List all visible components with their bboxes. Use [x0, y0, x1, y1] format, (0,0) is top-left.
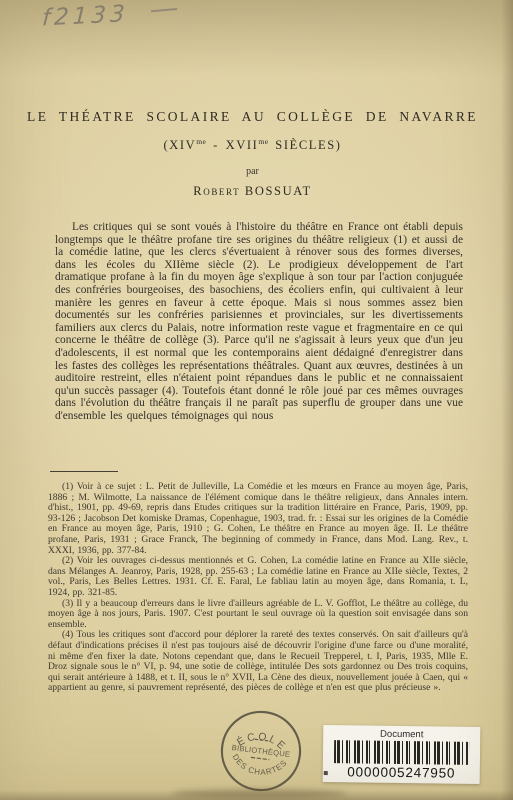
- footnote-1: (1) Voir à ce sujet : L. Petit de Jullev…: [48, 482, 468, 556]
- footnote-4: (4) Tous les critiques sont d'accord pou…: [48, 630, 468, 694]
- footnote-2: (2) Voir les ouvrages ci-dessus mentionn…: [48, 556, 468, 598]
- byline-prefix: par: [0, 166, 505, 177]
- article-title: LE THÉATRE SCOLAIRE AU COLLÈGE DE NAVARR…: [0, 109, 505, 125]
- scanned-page: f2133 LE THÉATRE SCOLAIRE AU COLLÈGE DE …: [0, 0, 513, 800]
- subtitle-sup2: me: [258, 137, 268, 146]
- stamp-dash-bottom: [251, 757, 269, 759]
- subtitle-post: SIÈCLES): [269, 138, 342, 152]
- label-corner-mark: [324, 771, 328, 775]
- subtitle-mid: - XVII: [206, 138, 258, 152]
- shelfmark-text: f2133: [41, 1, 129, 32]
- barcode-number: 0000005247950: [323, 764, 480, 781]
- barcode-label: Document 0000005247950: [323, 725, 481, 784]
- subtitle-pre: (XIV: [163, 138, 196, 152]
- footnotes-block: (1) Voir à ce sujet : L. Petit de Jullev…: [48, 482, 468, 694]
- library-stamp-icon: ÉCOLE BIBLIOTHÈQUE DES CHARTES: [214, 704, 308, 798]
- barcode-caption: Document: [323, 728, 480, 741]
- subtitle-sup1: me: [196, 137, 206, 146]
- article-subtitle: (XIVme - XVIIme SIÈCLES): [0, 137, 505, 153]
- body-paragraph: Les critiques qui se sont voués à l'hist…: [55, 221, 463, 423]
- handwritten-shelfmark: f2133: [41, 0, 177, 32]
- library-stamp: ÉCOLE BIBLIOTHÈQUE DES CHARTES: [214, 704, 308, 798]
- pencil-dash: [151, 8, 177, 12]
- footnote-3: (3) Il y a beaucoup d'erreurs dans le li…: [48, 599, 468, 631]
- article-header: LE THÉATRE SCOLAIRE AU COLLÈGE DE NAVARR…: [0, 109, 505, 199]
- barcode-bars-icon: [334, 740, 469, 765]
- footnote-separator: [50, 471, 118, 472]
- author-name: Robert BOSSUAT: [0, 184, 505, 199]
